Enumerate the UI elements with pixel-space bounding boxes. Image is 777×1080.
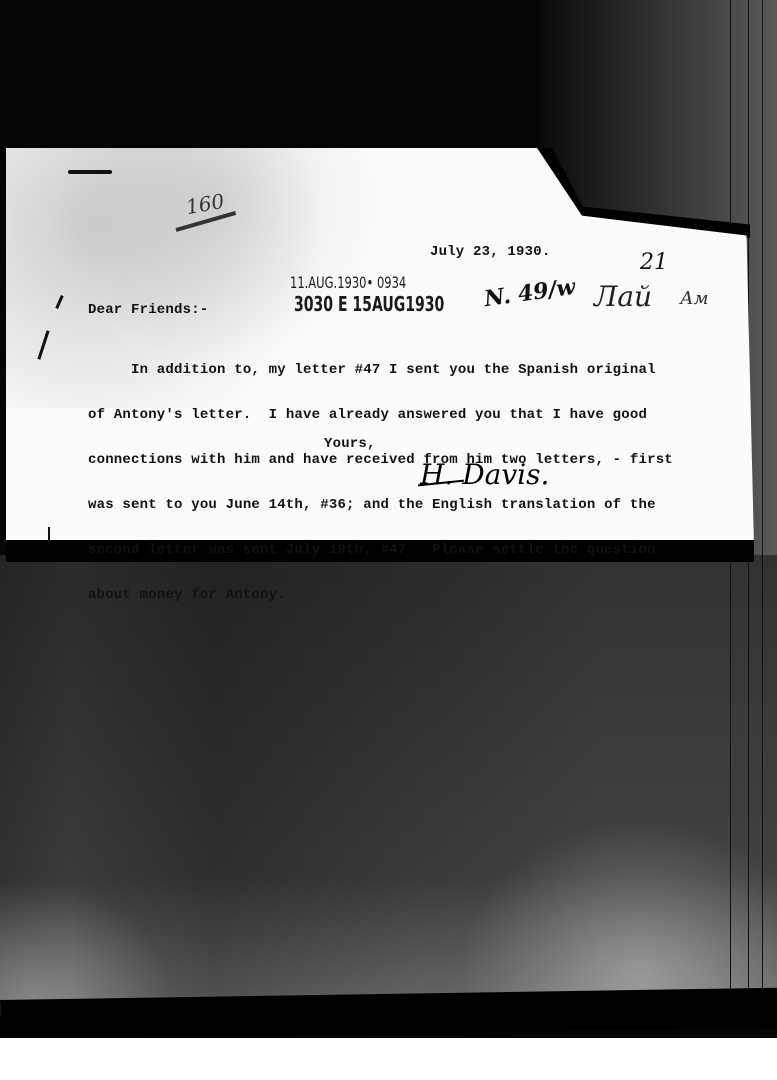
body-line: connections with him and have received f…: [88, 453, 673, 468]
received-stamp-line2: 3030 E 15AUG1930: [294, 292, 444, 316]
salutation: Dear Friends:-: [88, 303, 208, 318]
body-line: of Antony's letter. I have already answe…: [88, 408, 673, 423]
letter-date: July 23, 1930.: [430, 245, 550, 260]
page-number: 21: [640, 250, 668, 275]
ink-dash-mark: [68, 170, 112, 174]
body-line: was sent to you June 14th, #36; and the …: [88, 498, 673, 513]
cyrillic-annotation-2: Ам: [680, 288, 709, 309]
body-line: In addition to, my letter #47 I sent you…: [88, 363, 673, 378]
body-line: second letter was sent July 19th, #47. P…: [88, 543, 673, 558]
margin-tick-mark: [48, 527, 50, 543]
scanned-document: 160 July 23, 1930. 11.AUG.1930• 0934 303…: [0, 0, 777, 1080]
received-stamp-line1: 11.AUG.1930• 0934: [290, 273, 406, 292]
cyrillic-annotation: Лай: [594, 280, 652, 313]
film-scratch-line: [762, 0, 763, 1010]
letter-body: In addition to, my letter #47 I sent you…: [88, 333, 673, 633]
closing: Yours,: [324, 437, 376, 452]
body-line: about money for Antony.: [88, 588, 673, 603]
signature: H. Davis.: [420, 458, 549, 491]
film-margin: [0, 1038, 777, 1080]
